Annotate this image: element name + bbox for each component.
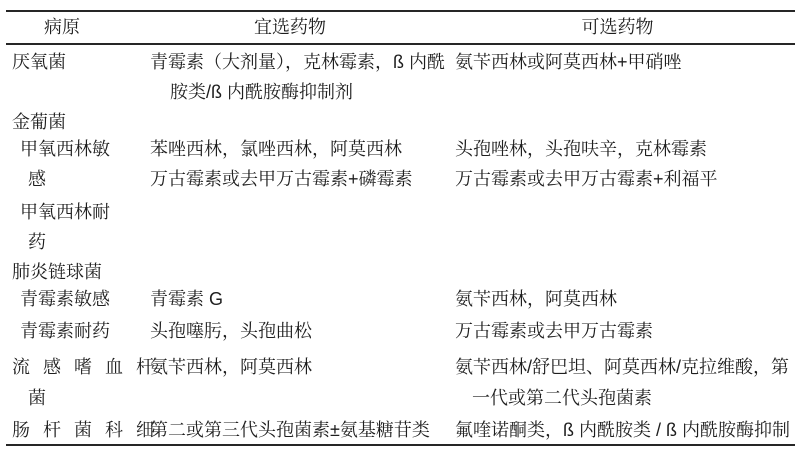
alternative-drug-cell: 万古霉素或去甲万古霉素+利福平 [455,164,718,194]
pathogen-subitem-cell: 甲氧西林耐 [20,197,110,227]
table-row-enterobacteriaceae: 肠杆菌科细 第二或第三代头孢菌素±氨基糖苷类 氟喹诺酮类，ß 内酰胺类 / ß … [0,415,800,445]
pathogen-cell-wrap: 菌 [28,383,46,413]
table-row-methicillin-resistant-cont: 药 [0,227,800,257]
alternative-drug-cell: 氨苄西林，阿莫西林 [455,284,617,314]
pathogen-cell: 厌氧菌 [12,47,66,77]
pathogen-cell: 肺炎链球菌 [12,257,102,287]
preferred-drug-cell: 头孢噻肟，头孢曲松 [150,316,312,346]
table-row-h-influenzae-cont: 菌 一代或第二代头孢菌素 [0,383,800,413]
preferred-drug-cell: 氨苄西林，阿莫西林 [150,352,312,382]
table-row-anaerobes: 厌氧菌 青霉素（大剂量），克林霉素，ß 内酰 氨苄西林或阿莫西林+甲硝唑 [0,47,800,77]
alternative-drug-cell: 万古霉素或去甲万古霉素 [455,316,653,346]
table-row-anaerobes-cont: 胺类/ß 内酰胺酶抑制剂 [0,77,800,107]
pathogen-subitem-cell-wrap: 药 [28,227,46,257]
pathogen-cell: 流感嗜血杆 [12,352,167,382]
table-row-penicillin-sensitive: 青霉素敏感 青霉素 G 氨苄西林，阿莫西林 [0,284,800,314]
table-row-penicillin-resistant: 青霉素耐药 头孢噻肟，头孢曲松 万古霉素或去甲万古霉素 [0,316,800,346]
alternative-drug-cell-wrap: 一代或第二代头孢菌素 [472,383,652,413]
table-row-methicillin-resistant: 甲氧西林耐 [0,197,800,227]
table-row-h-influenzae: 流感嗜血杆 氨苄西林，阿莫西林 氨苄西林/舒巴坦、阿莫西林/克拉维酸，第 [0,352,800,382]
table-row-methicillin-sensitive: 甲氧西林敏 苯唑西林，氯唑西林，阿莫西林 头孢唑林，头孢呋辛，克林霉素 [0,134,800,164]
pathogen-subitem-cell-wrap: 感 [28,164,46,194]
pathogen-subitem-cell: 青霉素敏感 [20,284,110,314]
pathogen-cell: 肠杆菌科细 [12,415,167,445]
pathogen-cell: 金葡菌 [12,107,66,137]
alternative-drug-cell: 氨苄西林或阿莫西林+甲硝唑 [455,47,682,77]
table-row-strep-pneumoniae: 肺炎链球菌 [0,257,800,287]
pathogen-subitem-cell: 青霉素耐药 [20,316,110,346]
preferred-drug-cell: 第二或第三代头孢菌素±氨基糖苷类 [150,415,430,445]
antibiotic-table-body: 厌氧菌 青霉素（大剂量），克林霉素，ß 内酰 氨苄西林或阿莫西林+甲硝唑 胺类/… [0,0,800,452]
pathogen-subitem-cell: 甲氧西林敏 [20,134,110,164]
table-row-methicillin-sensitive-cont: 感 万古霉素或去甲万古霉素+磷霉素 万古霉素或去甲万古霉素+利福平 [0,164,800,194]
table-bottom-rule [6,444,795,446]
alternative-drug-cell: 头孢唑林，头孢呋辛，克林霉素 [455,134,707,164]
preferred-drug-cell: 万古霉素或去甲万古霉素+磷霉素 [150,164,413,194]
preferred-drug-cell: 青霉素 G [150,284,223,314]
preferred-drug-cell: 苯唑西林，氯唑西林，阿莫西林 [150,134,402,164]
alternative-drug-cell: 氨苄西林/舒巴坦、阿莫西林/克拉维酸，第 [455,352,789,382]
preferred-drug-cell-wrap: 胺类/ß 内酰胺酶抑制剂 [170,77,353,107]
table-row-staph-aureus: 金葡菌 [0,107,800,137]
antibiotic-selection-table-page: 病原 宜选药物 可选药物 厌氧菌 青霉素（大剂量），克林霉素，ß 内酰 氨苄西林… [0,0,800,452]
preferred-drug-cell: 青霉素（大剂量），克林霉素，ß 内酰 [150,47,445,77]
alternative-drug-cell: 氟喹诺酮类，ß 内酰胺类 / ß 内酰胺酶抑制 [455,415,790,445]
